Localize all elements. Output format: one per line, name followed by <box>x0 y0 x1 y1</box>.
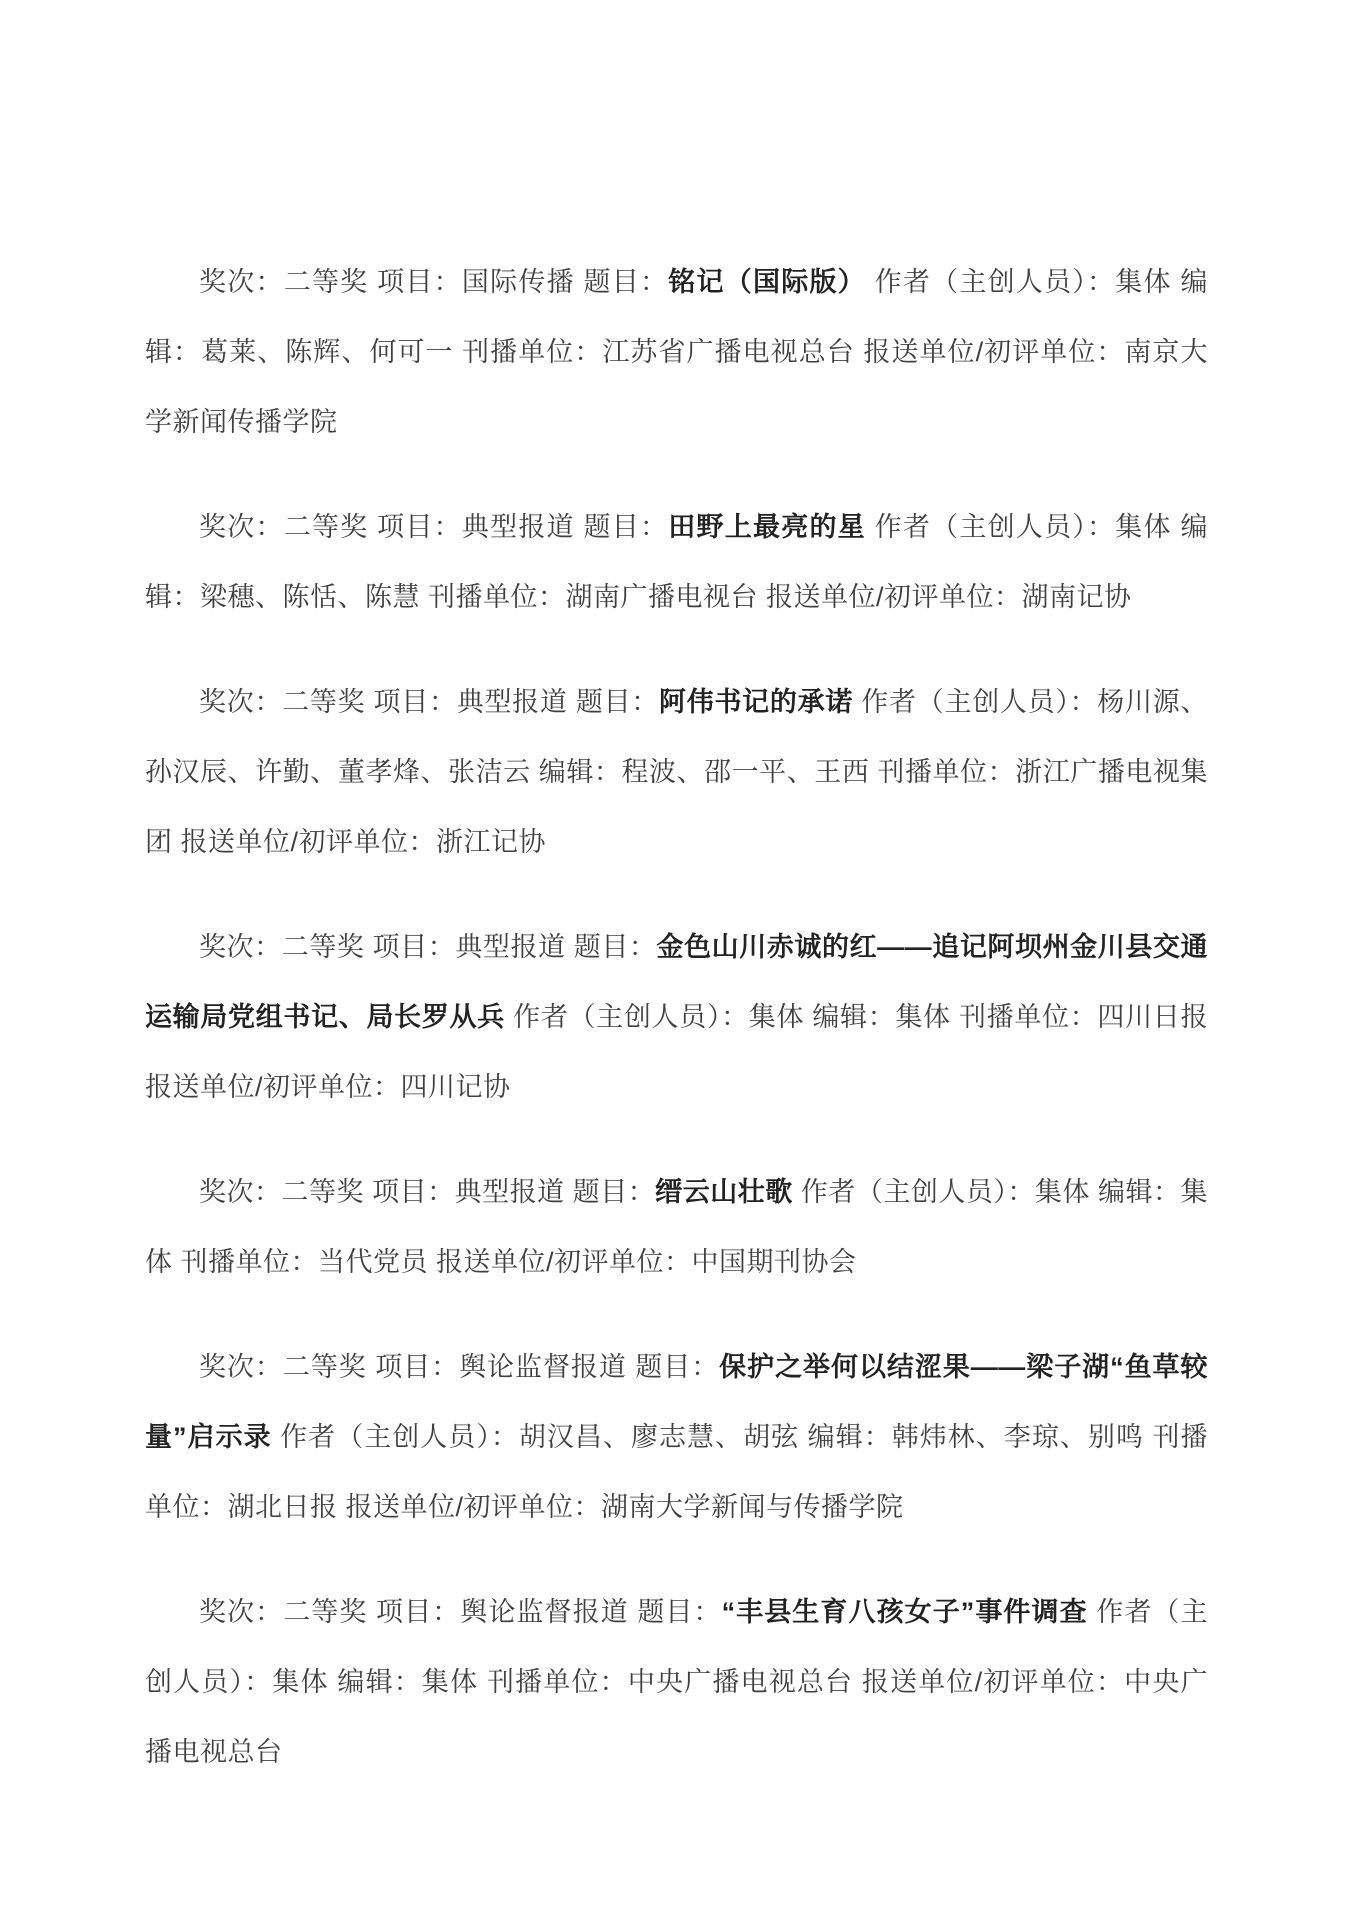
award-entry: 奖次：二等奖 项目：典型报道 题目：田野上最亮的星 作者（主创人员）：集体 编辑… <box>145 492 1208 632</box>
award-entry: 奖次：二等奖 项目：舆论监督报道 题目：保护之举何以结涩果——梁子湖“鱼草较量”… <box>145 1332 1208 1542</box>
award-entry: 奖次：二等奖 项目：舆论监督报道 题目：“丰县生育八孩女子”事件调查 作者（主创… <box>145 1577 1208 1787</box>
entry-title: 田野上最亮的星 <box>668 512 866 542</box>
entry-labels: 奖次：二等奖 项目：典型报道 题目： <box>199 687 659 717</box>
entry-labels: 奖次：二等奖 项目：国际传播 题目： <box>199 267 668 297</box>
document-page: 奖次：二等奖 项目：国际传播 题目：铭记（国际版） 作者（主创人员）：集体 编辑… <box>0 0 1350 1910</box>
entry-title: 缙云山壮歌 <box>655 1177 793 1207</box>
award-entry: 奖次：二等奖 项目：典型报道 题目：金色山川赤诚的红——追记阿坝州金川县交通运输… <box>145 912 1208 1122</box>
entry-details: 作者（主创人员）：胡汉昌、廖志慧、胡弦 编辑：韩炜林、李琼、别鸣 刊播单位：湖北… <box>145 1422 1208 1522</box>
award-entry: 奖次：二等奖 项目：典型报道 题目：阿伟书记的承诺 作者（主创人员）：杨川源、孙… <box>145 667 1208 877</box>
entry-labels: 奖次：二等奖 项目：舆论监督报道 题目： <box>199 1597 722 1627</box>
entry-labels: 奖次：二等奖 项目：典型报道 题目： <box>199 932 657 962</box>
entry-labels: 奖次：二等奖 项目：典型报道 题目： <box>199 1177 655 1207</box>
entry-labels: 奖次：二等奖 项目：典型报道 题目： <box>199 512 668 542</box>
entry-labels: 奖次：二等奖 项目：舆论监督报道 题目： <box>199 1352 719 1382</box>
award-entry: 奖次：二等奖 项目：典型报道 题目：缙云山壮歌 作者（主创人员）：集体 编辑：集… <box>145 1157 1208 1297</box>
entry-title: “丰县生育八孩女子”事件调查 <box>722 1597 1088 1627</box>
entry-title: 铭记（国际版） <box>668 267 866 297</box>
entry-title: 阿伟书记的承诺 <box>659 687 853 717</box>
award-entry: 奖次：二等奖 项目：国际传播 题目：铭记（国际版） 作者（主创人员）：集体 编辑… <box>145 247 1208 457</box>
